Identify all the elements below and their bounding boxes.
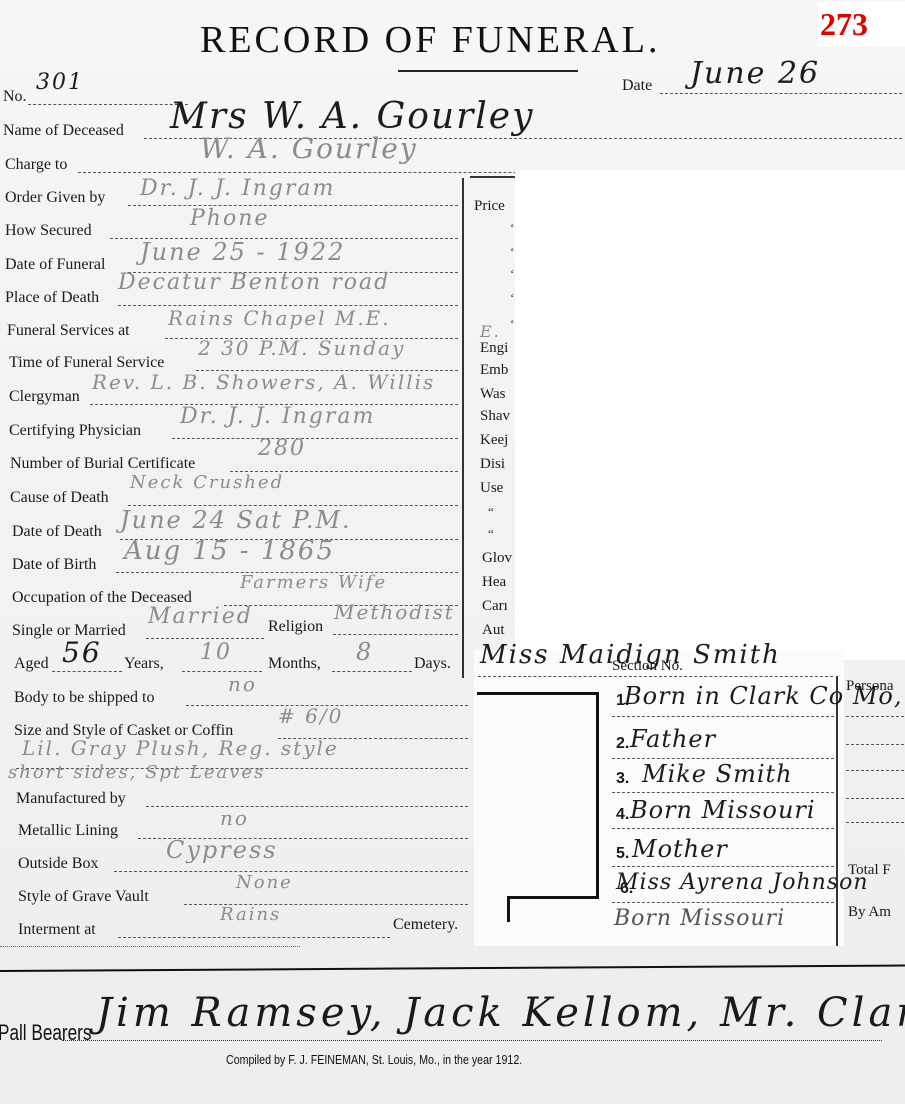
compiled-by-footer: Compiled by F. J. FEINEMAN, St. Louis, M… [226, 1052, 522, 1067]
price-item: Emb [480, 362, 508, 379]
field-label-burial-certificate-number: Number of Burial Certificate [10, 455, 195, 473]
price-item: Shav [480, 408, 510, 425]
field-label-cause-of-death: Cause of Death [10, 489, 109, 507]
family-line-rule [612, 716, 834, 717]
price-item: Was [480, 386, 505, 403]
ditto-mark: ‘ [510, 266, 514, 282]
aged-months-value: 10 [200, 640, 232, 665]
field-line [146, 806, 468, 807]
aged-years-label: Years, [124, 655, 164, 673]
field-label-date-of-funeral: Date of Funeral [5, 256, 105, 274]
right-edge-line [846, 798, 904, 799]
field-line [172, 438, 458, 439]
field-line [333, 634, 458, 635]
field-line [128, 205, 458, 206]
pall-bearers-value: Jim Ramsey, Jack Kellom, Mr. Clark [96, 990, 905, 1036]
price-item: Disi [480, 456, 505, 473]
family-line-text: Born Missouri [614, 906, 785, 931]
field-line [332, 671, 412, 672]
right-edge-line [846, 716, 904, 717]
field-value-funeral-services-at: Rains Chapel M.E. [168, 306, 391, 330]
pall-bearers-divider [0, 964, 905, 972]
lot-box-top [477, 692, 597, 695]
field-label-charge-to: Charge to [5, 156, 67, 174]
field-label-outside-box: Outside Box [18, 855, 98, 873]
pall-bearers-line [62, 1040, 882, 1041]
funeral-record-page: RECORD OF FUNERAL. 273 No. 301 Date June… [0, 0, 905, 1104]
field-label-manufactured-by: Manufactured by [16, 790, 126, 808]
field-value-metallic-lining: no [220, 806, 249, 830]
field-value-casket-size-style: # 6/0 [278, 704, 343, 728]
field-value-occupation: Farmers Wife [240, 572, 387, 593]
field-line [146, 638, 264, 639]
lot-box-bottom [508, 896, 599, 899]
family-line-number: 3. [616, 770, 629, 788]
family-line-rule [612, 792, 834, 793]
document-title: RECORD OF FUNERAL. [200, 18, 660, 62]
aged-years-value: 56 [62, 636, 102, 669]
field-value-cause-of-death: Neck Crushed [130, 472, 284, 493]
field-label-certifying-physician: Certifying Physician [9, 422, 141, 440]
field-label-grave-vault-style: Style of Grave Vault [18, 888, 149, 906]
price-item: Engi [480, 340, 508, 357]
total-label: Total F [848, 862, 891, 879]
overflow-me: E. [480, 322, 501, 341]
field-label-date-of-birth: Date of Birth [12, 556, 96, 574]
field-label-order-given-by: Order Given by [5, 189, 105, 207]
field-value-grave-vault-style: None [236, 872, 293, 893]
date-value: June 26 [690, 56, 820, 91]
field-value-interment-at: Rains [220, 904, 281, 925]
field-value-place-of-death: Decatur Benton road [118, 270, 390, 295]
family-line-rule [612, 866, 834, 867]
field-label-metallic-lining: Metallic Lining [18, 822, 118, 840]
by-amount-label: By Am [848, 904, 891, 921]
family-line-text: Mike Smith [642, 760, 793, 788]
field-value-religion: Methodist [334, 600, 455, 624]
section-line [478, 676, 833, 677]
field-value-body-shipped-to: no [228, 672, 257, 696]
page-number: 273 [818, 2, 905, 46]
price-top-rule [470, 176, 515, 178]
field-value-charge-to: W. A. Gourley [200, 132, 418, 165]
field-value-outside-box: Cypress [166, 836, 278, 864]
family-line-text: Mother [632, 835, 728, 863]
pall-bearers-label: Pall Bearers [0, 1020, 91, 1046]
ditto-mark: ‘ [510, 220, 514, 236]
field-label-place-of-death: Place of Death [5, 289, 99, 307]
lot-box-stem [507, 896, 510, 922]
no-label: No. [3, 88, 27, 106]
aged-months-label: Months, [268, 655, 321, 673]
right-edge-line [846, 744, 904, 745]
field-label-name-of-deceased: Name of Deceased [3, 122, 124, 140]
field-value-casket-description-2: short sides, Spt Leaves [8, 762, 265, 783]
lot-box-right [596, 692, 599, 898]
section-overwrite-name: Miss Maidign Smith [480, 640, 781, 670]
family-line-rule [612, 902, 834, 903]
masked-panel [515, 170, 905, 660]
price-item: Carı [482, 598, 508, 615]
field-line [52, 671, 122, 672]
field-value-how-secured: Phone [190, 206, 269, 231]
field-label-interment-at: Interment at [18, 921, 96, 939]
ditto-mark: ‘ [510, 244, 514, 260]
personal-label: Persona [846, 678, 894, 695]
family-line-number: 5. [616, 845, 629, 863]
aged-days-label: Days. [414, 655, 451, 673]
family-line-number: 2. [616, 735, 629, 753]
field-label-religion: Religion [268, 618, 323, 636]
price-item: Glov [482, 550, 512, 567]
right-edge-line [846, 770, 904, 771]
field-value-casket-description: Lil. Gray Plush, Reg. style [22, 736, 339, 760]
family-line-rule [612, 758, 834, 759]
field-label-date-of-death: Date of Death [12, 523, 102, 541]
cemetery-label: Cemetery. [393, 916, 458, 934]
family-line-number: 4. [616, 806, 629, 824]
aged-days-value: 8 [356, 638, 373, 666]
column-divider [462, 178, 464, 678]
field-value-clergyman: Rev. L. B. Showers, A. Willis [92, 370, 435, 394]
title-underline [398, 70, 578, 72]
price-item: Keej [480, 432, 508, 449]
field-value-burial-certificate-number: 280 [258, 436, 306, 461]
ditto-mark: ‘ [510, 290, 514, 306]
field-label-funeral-services-at: Funeral Services at [7, 322, 130, 340]
field-value-date-of-death: June 24 Sat P.M. [120, 506, 352, 534]
field-line [118, 937, 390, 938]
family-line-text: Father [630, 725, 716, 753]
right-edge-line [846, 822, 904, 823]
date-line [660, 93, 902, 94]
field-value-date-of-birth: Aug 15 - 1865 [124, 536, 335, 566]
field-value-name-of-deceased: Mrs W. A. Gourley [170, 96, 534, 137]
field-value-time-of-funeral-service: 2 30 P.M. Sunday [198, 336, 405, 360]
field-label-clergyman: Clergyman [9, 388, 80, 406]
family-line-text: Miss Ayrena Johnson [616, 870, 868, 895]
field-value-single-or-married: Married [148, 604, 253, 629]
field-value-certifying-physician: Dr. J. J. Ingram [180, 404, 375, 429]
field-value-order-given-by: Dr. J. J. Ingram [140, 176, 335, 201]
aged-label: Aged [14, 655, 49, 673]
price-item: Use [480, 480, 503, 497]
record-number: 301 [36, 70, 84, 95]
bottom-dotted-line [0, 946, 300, 947]
price-item: Aut [482, 622, 505, 639]
price-header: Price [474, 198, 505, 215]
family-line-text: Born Missouri [630, 796, 816, 824]
date-label: Date [622, 77, 652, 95]
field-value-date-of-funeral: June 25 - 1922 [140, 238, 345, 266]
field-label-how-secured: How Secured [5, 222, 92, 240]
ditto-mark: ‘ [510, 316, 514, 332]
family-line-rule [612, 828, 834, 829]
family-panel-divider [836, 676, 838, 946]
ditto-mark: “ [488, 504, 494, 520]
no-line [28, 104, 188, 105]
price-item: Hea [482, 574, 506, 591]
field-label-body-shipped-to: Body to be shipped to [14, 689, 154, 707]
ditto-mark: “ [488, 526, 494, 542]
